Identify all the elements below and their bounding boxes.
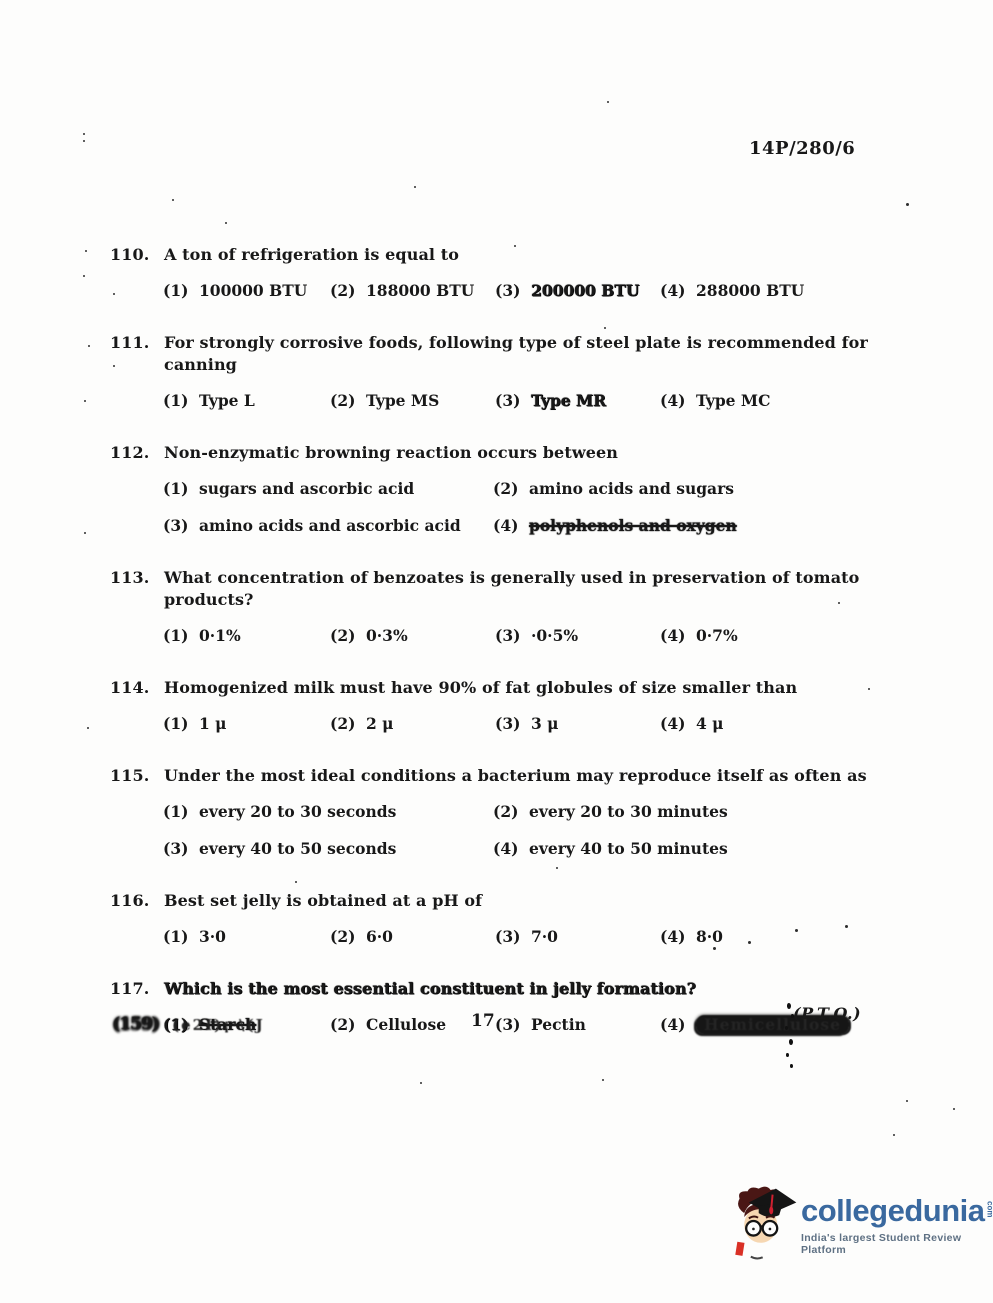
question-number: 116.: [110, 890, 164, 912]
scan-speck: [85, 250, 87, 252]
option-value: every 20 to 30 minutes: [529, 802, 728, 821]
option-value: Type MS: [366, 391, 439, 410]
option: (1)100000 BTU: [163, 280, 330, 302]
scan-speck: [893, 1134, 895, 1136]
option: (2)0·3%: [330, 625, 495, 647]
logo-text: collegedunia com India's largest Student…: [801, 1195, 993, 1256]
option-label: (3): [495, 1014, 521, 1036]
option-value: 2 μ: [366, 714, 394, 733]
scan-speck: [113, 365, 115, 367]
option-label: (3): [163, 515, 189, 537]
option-label: (2): [330, 1014, 356, 1036]
question-number: 111.: [110, 332, 164, 376]
scan-speck: [88, 345, 90, 347]
show-through-text: (e2I)¡·\(J: [172, 1016, 265, 1034]
option: (2)6·0: [330, 926, 495, 948]
option-label: (3): [495, 625, 521, 647]
option-label: (1): [163, 926, 189, 948]
option-value: every 40 to 50 minutes: [529, 839, 728, 858]
scan-speck: [953, 1108, 955, 1110]
question-heading: 110. A ton of refrigeration is equal to: [110, 244, 933, 266]
option-value: Type MC: [696, 391, 770, 410]
ink-blob: [789, 1039, 793, 1045]
option: (4)0·7%: [660, 625, 933, 647]
option-value: 1 μ: [199, 714, 227, 733]
question-number: 112.: [110, 442, 164, 464]
options-row: (1)Type L (2)Type MS (3)Type MR (4)Type …: [163, 390, 933, 412]
option-label: (4): [493, 838, 519, 860]
pto-label: (P.T.O.): [793, 1004, 861, 1023]
option-value: Type L: [199, 391, 255, 410]
option-value: 288000 BTU: [696, 281, 804, 300]
option-label: (4): [660, 390, 686, 412]
option-label: (2): [330, 280, 356, 302]
question-heading: 114. Homogenized milk must have 90% of f…: [110, 677, 933, 699]
questions-area: 110. A ton of refrigeration is equal to …: [110, 244, 933, 1066]
option-label: (3): [495, 926, 521, 948]
option: (2)amino acids and sugars: [493, 478, 933, 500]
option-label: (1): [163, 713, 189, 735]
logo-com-suffix: com: [985, 1201, 993, 1217]
logo-name: collegedunia: [801, 1195, 984, 1226]
option-label: (1): [163, 801, 189, 823]
option-label: (2): [493, 478, 519, 500]
scan-speck: [906, 203, 909, 206]
page-number: 17: [471, 1011, 495, 1031]
ink-stamp: (159): [112, 1014, 159, 1034]
scan-speck: [602, 1079, 604, 1081]
question-114: 114. Homogenized milk must have 90% of f…: [110, 677, 933, 735]
option: (2)every 20 to 30 minutes: [493, 801, 933, 823]
question-heading: 112. Non-enzymatic browning reaction occ…: [110, 442, 933, 464]
scan-speck: [113, 293, 115, 295]
option-label: (3): [495, 390, 521, 412]
question-112: 112. Non-enzymatic browning reaction occ…: [110, 442, 933, 537]
option: (1)Type L: [163, 390, 330, 412]
question-heading: 115. Under the most ideal conditions a b…: [110, 765, 933, 787]
question-115: 115. Under the most ideal conditions a b…: [110, 765, 933, 860]
options-row: (1)0·1% (2)0·3% (3)·0·5% (4)0·7%: [163, 625, 933, 647]
option-value: Pectin: [531, 1015, 586, 1034]
option: (2)Type MS: [330, 390, 495, 412]
option-value: amino acids and sugars: [529, 479, 734, 498]
option-label: (1): [163, 390, 189, 412]
question-111: 111. For strongly corrosive foods, follo…: [110, 332, 933, 412]
scan-speck: [906, 1100, 908, 1102]
question-number: 113.: [110, 567, 164, 611]
scan-speck: [83, 140, 85, 142]
options-row: (1)1 μ (2)2 μ (3)3 μ (4)4 μ: [163, 713, 933, 735]
options-row: (1)100000 BTU (2)188000 BTU (3)200000 BT…: [163, 280, 933, 302]
option-label: (1): [163, 478, 189, 500]
option: (3)amino acids and ascorbic acid: [163, 515, 493, 537]
option-label: (2): [330, 390, 356, 412]
question-number: 115.: [110, 765, 164, 787]
option: (2)188000 BTU: [330, 280, 495, 302]
question-heading: 111. For strongly corrosive foods, follo…: [110, 332, 933, 376]
paper-code: 14P/280/6: [749, 138, 855, 159]
collegedunia-logo: collegedunia com India's largest Student…: [731, 1184, 993, 1266]
scan-speck: [795, 929, 798, 932]
ink-blob: [790, 1064, 793, 1068]
question-113: 113. What concentration of benzoates is …: [110, 567, 933, 647]
option-value: sugars and ascorbic acid: [199, 479, 414, 498]
option-value: polyphenols and oxygen: [529, 516, 737, 535]
option-label: (2): [330, 926, 356, 948]
option-value: 0·1%: [199, 626, 241, 645]
logo-tagline: India's largest Student Review Platform: [801, 1232, 993, 1256]
question-heading: 117. Which is the most essential constit…: [110, 978, 933, 1000]
option-label: (1): [163, 280, 189, 302]
scan-speck: [225, 222, 227, 224]
scan-speck: [845, 925, 848, 928]
scan-speck: [838, 602, 840, 604]
ink-blob: [785, 1026, 788, 1030]
question-text: Best set jelly is obtained at a pH of: [164, 890, 933, 912]
scan-speck: [420, 1082, 422, 1084]
option-label: (2): [330, 625, 356, 647]
scan-speck: [868, 688, 870, 690]
option: (4)polyphenols and oxygen: [493, 515, 933, 537]
mascot-icon: [731, 1184, 797, 1266]
option: (4)Type MC: [660, 390, 933, 412]
question-number: 117.: [110, 978, 164, 1000]
option-value: 100000 BTU: [199, 281, 307, 300]
option-value: 188000 BTU: [366, 281, 474, 300]
question-text: Non-enzymatic browning reaction occurs b…: [164, 442, 933, 464]
option-value: Type MR: [531, 391, 606, 410]
question-text: Under the most ideal conditions a bacter…: [164, 765, 933, 787]
option: (3)·0·5%: [495, 625, 660, 647]
option-value: amino acids and ascorbic acid: [199, 516, 461, 535]
option: (1)every 20 to 30 seconds: [163, 801, 493, 823]
question-heading: 116. Best set jelly is obtained at a pH …: [110, 890, 933, 912]
question-number: 114.: [110, 677, 164, 699]
option-label: (2): [330, 713, 356, 735]
option: (3)every 40 to 50 seconds: [163, 838, 493, 860]
question-text: A ton of refrigeration is equal to: [164, 244, 933, 266]
scan-speck: [514, 245, 516, 247]
scan-speck: [607, 101, 609, 103]
scan-speck: [748, 941, 751, 944]
option: (3)Type MR: [495, 390, 660, 412]
option: (1)0·1%: [163, 625, 330, 647]
option: (3)Pectin: [495, 1014, 660, 1036]
scan-speck: [84, 400, 86, 402]
option-label: (3): [163, 838, 189, 860]
option-value: ·0·5%: [531, 626, 578, 645]
question-110: 110. A ton of refrigeration is equal to …: [110, 244, 933, 302]
option-value: 6·0: [366, 927, 393, 946]
option: (1)1 μ: [163, 713, 330, 735]
scan-speck: [766, 691, 768, 693]
scan-speck: [700, 291, 702, 293]
option: (1)3·0: [163, 926, 330, 948]
question-heading: 113. What concentration of benzoates is …: [110, 567, 933, 611]
question-116: 116. Best set jelly is obtained at a pH …: [110, 890, 933, 948]
question-text: What concentration of benzoates is gener…: [164, 567, 933, 611]
scan-speck: [295, 881, 297, 883]
option: (3)200000 BTU: [495, 280, 660, 302]
ink-blob: [787, 1003, 791, 1009]
exam-page: 14P/280/6 110. A ton of refrigeration is…: [0, 0, 993, 1303]
option-label: (3): [495, 280, 521, 302]
option: (2)2 μ: [330, 713, 495, 735]
question-text: For strongly corrosive foods, following …: [164, 332, 933, 376]
scan-speck: [556, 867, 558, 869]
option: (3)3 μ: [495, 713, 660, 735]
option-value: 8·0: [696, 927, 723, 946]
ink-blob: [786, 1053, 789, 1057]
option-value: 7·0: [531, 927, 558, 946]
option-label: (1): [163, 625, 189, 647]
option-value: 0·7%: [696, 626, 738, 645]
scan-speck: [87, 727, 89, 729]
option: (1)sugars and ascorbic acid: [163, 478, 493, 500]
scan-speck: [713, 947, 716, 950]
option: (4)4 μ: [660, 713, 933, 735]
option-label: (3): [495, 713, 521, 735]
option: (3)7·0: [495, 926, 660, 948]
option-value: 4 μ: [696, 714, 724, 733]
option-label: (4): [660, 1014, 686, 1036]
scan-speck: [83, 275, 85, 277]
scan-speck: [83, 133, 85, 135]
scan-speck: [604, 327, 606, 329]
option-value: Cellulose: [366, 1015, 446, 1034]
option-value: 3·0: [199, 927, 226, 946]
option-value: every 40 to 50 seconds: [199, 839, 396, 858]
question-number: 110.: [110, 244, 164, 266]
scan-speck: [84, 532, 86, 534]
option-label: (2): [493, 801, 519, 823]
ink-blob: [791, 1014, 794, 1018]
option-label: (4): [660, 713, 686, 735]
options-grid: (1)sugars and ascorbic acid (2)amino aci…: [163, 478, 933, 537]
scan-speck: [414, 186, 416, 188]
options-row: (1)3·0 (2)6·0 (3)7·0 (4)8·0: [163, 926, 933, 948]
option-value: 0·3%: [366, 626, 408, 645]
option-label: (4): [660, 625, 686, 647]
option: (4)every 40 to 50 minutes: [493, 838, 933, 860]
question-text: Which is the most essential constituent …: [164, 978, 933, 1000]
question-text: Homogenized milk must have 90% of fat gl…: [164, 677, 933, 699]
option-label: (4): [493, 515, 519, 537]
option-value: every 20 to 30 seconds: [199, 802, 396, 821]
option-label: (4): [660, 926, 686, 948]
options-grid: (1)every 20 to 30 seconds (2)every 20 to…: [163, 801, 933, 860]
option-label: (4): [660, 280, 686, 302]
scan-speck: [172, 199, 174, 201]
option-value: 3 μ: [531, 714, 559, 733]
option-value: 200000 BTU: [531, 281, 639, 300]
